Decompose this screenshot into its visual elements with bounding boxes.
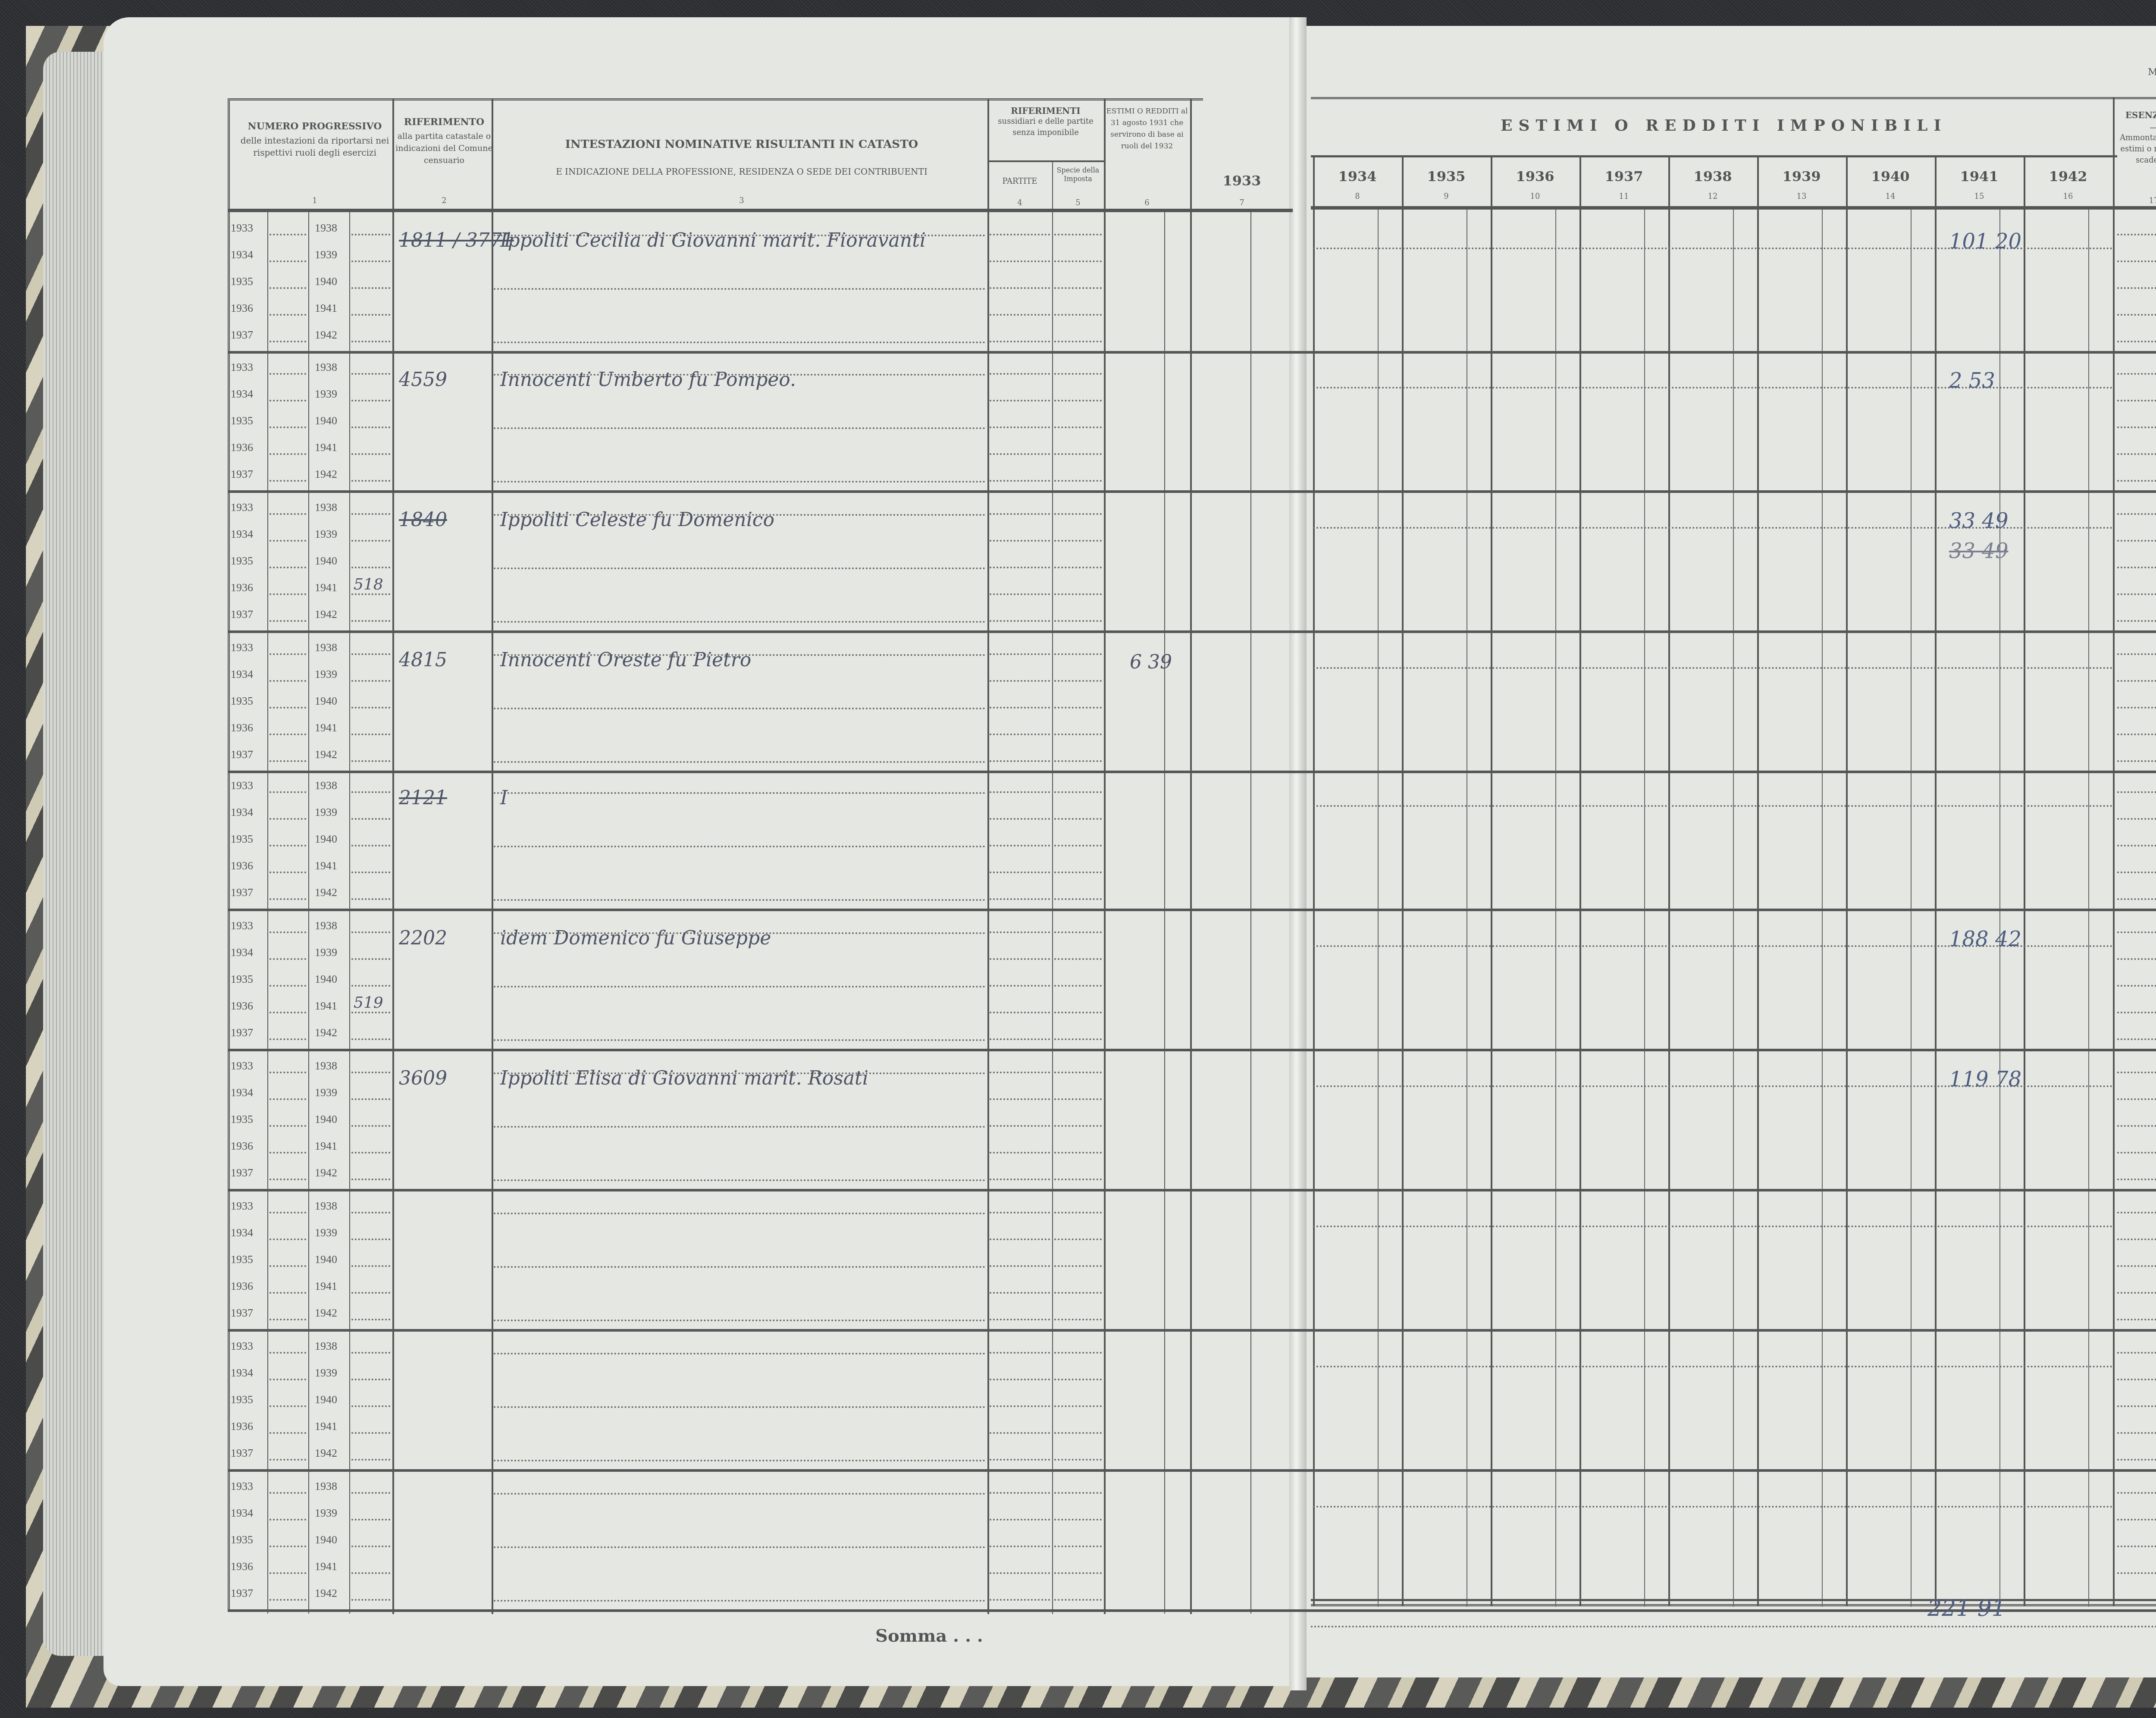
year-label: 1934 [231,1086,253,1099]
dotted-entry-line [1054,426,1102,428]
year-label: 1938 [315,1060,337,1072]
cents-col-border [2088,210,2089,1607]
year-label: 1939 [315,1226,337,1239]
dotted-entry-line [269,513,306,515]
dotted-entry-line [351,734,390,735]
dotted-entry-line [990,1492,1050,1494]
dotted-entry-line [351,931,390,933]
year-label: 1934 [231,1367,253,1379]
somma-label: Somma . . . [875,1626,983,1646]
entry-divider [228,630,2156,633]
dotted-entry-line [351,760,390,762]
dotted-entry-line [351,1432,390,1434]
dotted-entry-line [990,791,1050,793]
dotted-entry-line [1054,958,1102,960]
partita-number: 2121 [399,787,447,809]
partita-number: 3609 [399,1067,447,1089]
name-dotted-line [494,1266,985,1268]
dotted-entry-line [269,1072,306,1073]
dotted-entry-line [990,1265,1050,1267]
dotted-entry-line [269,400,306,401]
year-col-number: 15 [1935,192,2024,201]
year-label: 1939 [315,1367,337,1379]
dotted-entry-line [2117,985,2156,987]
year-label: 1941 [315,1280,337,1293]
form-code: Mod. 111 - Imposte Dirette (Intercalare)… [2147,67,2156,78]
dotted-entry-line [1054,260,1102,262]
dotted-entry-line [1054,1319,1102,1320]
dotted-entry-line [269,593,306,595]
col45-title: RIFERIMENTI [987,106,1104,116]
dotted-entry-line [1054,872,1102,873]
dotted-entry-line [269,567,306,568]
dotted-entry-line [2117,567,2156,568]
dotted-entry-line [990,1012,1050,1013]
dotted-entry-line [990,426,1050,428]
somma-dotted-rule [1311,1626,2156,1627]
estimi-dotted-line [1313,1506,2113,1508]
dotted-entry-line [990,287,1050,289]
taxpayer-name: idem Domenico fu Giuseppe [500,927,771,949]
year-label: 1940 [315,1253,337,1266]
year-col-number: 13 [1757,192,1846,201]
partita-number: 1811 / 3771 [399,229,514,251]
year-label: 1935 [231,1393,253,1406]
year-label: 1935 [231,555,253,567]
dotted-entry-line [990,373,1050,375]
year-label: 1936 [231,581,253,594]
dotted-entry-line [990,1038,1050,1040]
year-label: 1942 [315,468,337,481]
year-label: 1941 [315,859,337,872]
dotted-entry-line [269,260,306,262]
dotted-entry-line [269,985,306,987]
year-header-1942: 1942 [2024,168,2112,185]
estimo-1941-value: 101 20 [1949,229,2021,254]
dotted-entry-line [2117,958,2156,960]
year-col-number: 11 [1579,192,1668,201]
dotted-entry-line [2117,707,2156,709]
dotted-entry-line [2117,453,2156,455]
col3-sub: E INDICAZIONE DELLA PROFESSIONE, RESIDEN… [496,166,987,177]
dotted-entry-line [269,1212,306,1213]
dotted-entry-line [269,1238,306,1240]
year-label: 1941 [315,1560,337,1573]
year-col-border [2024,157,2025,1606]
year-label: 1933 [231,1480,253,1493]
dotted-entry-line [2117,480,2156,482]
year-label: 1933 [231,1060,253,1072]
name-dotted-line [494,846,985,847]
dotted-entry-line [2117,1152,2156,1154]
year-label: 1942 [315,1447,337,1460]
dotted-entry-line [351,567,390,568]
dotted-entry-line [990,1546,1050,1547]
dotted-entry-line [351,1292,390,1294]
dotted-entry-line [2117,872,2156,873]
dotted-entry-line [2117,400,2156,401]
dotted-entry-line [1054,620,1102,622]
side-reference: 518 [354,576,383,593]
dotted-entry-line [351,653,390,655]
dotted-entry-line [990,680,1050,682]
year-label: 1933 [231,1340,253,1353]
year-label: 1934 [231,248,253,261]
year-label: 1942 [315,1587,337,1600]
col3-title: INTESTAZIONI NOMINATIVE RISULTANTI IN CA… [496,138,987,151]
name-dotted-line [494,1493,985,1495]
col2-number: 2 [395,196,494,205]
year-col-border [1846,157,1848,1606]
right-header-rule [1311,206,2156,210]
year-col-number: 14 [1846,192,1935,201]
dotted-entry-line [1054,373,1102,375]
entry-divider [228,1469,2156,1472]
dotted-entry-line [351,1012,390,1013]
year-col-border [1668,157,1670,1606]
dotted-entry-line [2117,513,2156,515]
dotted-entry-line [351,791,390,793]
year-label: 1941 [315,302,337,315]
dotted-entry-line [1054,1098,1102,1100]
dotted-entry-line [269,1012,306,1013]
dotted-entry-line [1054,707,1102,709]
dotted-entry-line [2117,845,2156,846]
dotted-entry-line [269,373,306,375]
entry-divider [228,1329,2156,1332]
estimi-subrule [1311,155,2117,157]
estimo-1941-value: 119 78 [1949,1067,2021,1091]
name-dotted-line [494,1126,985,1128]
dotted-entry-line [269,1038,306,1040]
entry-divider [228,1609,2156,1612]
dotted-entry-line [990,453,1050,455]
year-label: 1935 [231,1253,253,1266]
year-label: 1937 [231,1587,253,1600]
name-dotted-line [494,342,985,343]
dotted-entry-line [2117,1459,2156,1461]
dotted-entry-line [351,1352,390,1354]
taxpayer-name: Ippoliti Celeste fu Domenico [500,509,774,531]
dotted-entry-line [990,1319,1050,1320]
dotted-entry-line [1054,1265,1102,1267]
year-header-1936: 1936 [1491,168,1579,185]
dotted-entry-line [269,1432,306,1434]
dotted-entry-line [269,760,306,762]
entry-divider [228,351,2156,354]
dotted-entry-line [990,931,1050,933]
dotted-entry-line [351,1072,390,1073]
name-dotted-line [494,1213,985,1214]
left-header-rule [228,209,1293,212]
dotted-entry-line [351,958,390,960]
dotted-entry-line [269,818,306,820]
dotted-entry-line [351,1238,390,1240]
estimi-dotted-line [1313,805,2113,807]
partita-number: 1840 [399,509,447,531]
year-col-border [1402,157,1404,1606]
dotted-entry-line [1054,898,1102,900]
dotted-entry-line [269,872,306,873]
estimo-1941-value: 188 42 [1949,927,2021,951]
dotted-entry-line [269,1292,306,1294]
dotted-entry-line [1054,653,1102,655]
year-label: 1939 [315,806,337,819]
somma-top-rule [1311,1599,2156,1601]
dotted-entry-line [1054,1492,1102,1494]
dotted-entry-line [2117,1072,2156,1073]
dotted-entry-line [1054,314,1102,316]
name-dotted-line [494,427,985,429]
dotted-entry-line [351,845,390,846]
dotted-entry-line [2117,760,2156,762]
dotted-entry-line [990,1292,1050,1294]
dotted-entry-line [2117,1379,2156,1380]
dotted-entry-line [990,1432,1050,1434]
col7-number: 7 [1199,198,1285,207]
year-col-number: 9 [1402,192,1491,201]
year-label: 1937 [231,1447,253,1460]
dotted-entry-line [1054,1238,1102,1240]
dotted-entry-line [351,1098,390,1100]
year-label: 1940 [315,555,337,567]
dotted-entry-line [351,1546,390,1547]
entry-divider [228,909,2156,911]
dotted-entry-line [269,707,306,709]
dotted-entry-line [990,1405,1050,1407]
dotted-entry-line [2117,1572,2156,1574]
dotted-entry-line [1054,287,1102,289]
dotted-entry-line [269,1265,306,1267]
year-label: 1933 [231,641,253,654]
dotted-entry-line [351,540,390,542]
dotted-entry-line [269,426,306,428]
dotted-entry-line [990,620,1050,622]
col45-header: RIFERIMENTI sussidiari e delle partite s… [987,106,1104,138]
year-col-border [1491,157,1492,1606]
dotted-entry-line [2117,620,2156,622]
year-label: 1939 [315,1086,337,1099]
dotted-entry-line [990,234,1050,235]
year-label: 1940 [315,695,337,708]
year-label: 1934 [231,528,253,541]
year-label: 1940 [315,414,337,427]
dotted-entry-line [1054,1038,1102,1040]
name-dotted-line [494,567,985,569]
dotted-entry-line [2117,898,2156,900]
dotted-entry-line [1054,513,1102,515]
estimo-1941-value: 33 49 [1949,509,2008,533]
year-label: 1941 [315,581,337,594]
year-label: 1940 [315,1393,337,1406]
dotted-entry-line [990,593,1050,595]
year-label: 1942 [315,748,337,761]
dotted-entry-line [269,1379,306,1380]
dotted-entry-line [351,898,390,900]
entry-divider [228,1049,2156,1051]
year-label: 1935 [231,695,253,708]
year-label: 1938 [315,1340,337,1353]
dotted-entry-line [990,1072,1050,1073]
year-label: 1942 [315,608,337,621]
entry-divider [228,490,2156,493]
year-label: 1935 [231,275,253,288]
cents-col-border [1822,210,1823,1607]
dotted-entry-line [1054,734,1102,735]
dotted-entry-line [269,1405,306,1407]
year-label: 1937 [231,886,253,899]
col4-title: PARTITE [987,177,1052,186]
dotted-entry-line [269,1572,306,1574]
dotted-entry-line [1054,1292,1102,1294]
year-label: 1937 [231,1026,253,1039]
year-col-border [1579,157,1581,1606]
taxpayer-name: Ippoliti Cecilia di Giovanni marit. Fior… [500,229,926,251]
dotted-entry-line [2117,1098,2156,1100]
year-label: 1935 [231,414,253,427]
dotted-entry-line [990,1238,1050,1240]
name-dotted-line [494,1600,985,1602]
year-col-border [1313,157,1315,1606]
dotted-entry-line [351,707,390,709]
dotted-entry-line [2117,734,2156,735]
year-label: 1938 [315,779,337,792]
esenzioni-left-border [2113,97,2115,1606]
dotted-entry-line [351,1319,390,1320]
dotted-entry-line [1054,1546,1102,1547]
dotted-entry-line [269,453,306,455]
dotted-entry-line [269,931,306,933]
dotted-entry-line [351,373,390,375]
year-label: 1936 [231,1140,253,1153]
dotted-entry-line [351,1125,390,1127]
year-label: 1936 [231,1000,253,1013]
cents-col-border [1733,210,1734,1607]
entry-divider [228,771,2156,773]
year-header-1937: 1937 [1579,168,1668,185]
dotted-entry-line [269,680,306,682]
dotted-entry-line [2117,1519,2156,1520]
dotted-entry-line [269,1519,306,1520]
year-label: 1934 [231,806,253,819]
dotted-entry-line [351,287,390,289]
dotted-entry-line [1054,1572,1102,1574]
dotted-entry-line [269,1179,306,1180]
name-dotted-line [494,899,985,901]
dotted-entry-line [269,1599,306,1601]
dotted-entry-line [2117,260,2156,262]
year-label: 1933 [231,361,253,374]
dotted-entry-line [2117,1038,2156,1040]
dotted-entry-line [2117,1352,2156,1354]
name-dotted-line [494,1460,985,1461]
dotted-entry-line [351,1599,390,1601]
year-label: 1937 [231,329,253,342]
dotted-entry-line [269,1492,306,1494]
name-dotted-line [494,481,985,483]
year-label: 1940 [315,1113,337,1126]
year-label: 1935 [231,1533,253,1546]
name-dotted-line [494,761,985,763]
dotted-entry-line [1054,760,1102,762]
col1-title: NUMERO PROGRESSIVO [231,121,399,132]
name-dotted-line [494,708,985,709]
dotted-entry-line [269,1125,306,1127]
dotted-entry-line [1054,1405,1102,1407]
dotted-entry-line [269,898,306,900]
year-label: 1937 [231,608,253,621]
dotted-entry-line [269,1459,306,1461]
year-label: 1942 [315,1307,337,1320]
dotted-entry-line [1054,1012,1102,1013]
year-label: 1938 [315,1200,337,1213]
dotted-entry-line [1054,341,1102,342]
year-label: 1934 [231,1226,253,1239]
year-label: 1939 [315,946,337,959]
dotted-entry-line [269,234,306,235]
year-label: 1935 [231,973,253,986]
col3-header: INTESTAZIONI NOMINATIVE RISULTANTI IN CA… [496,138,987,177]
dotted-entry-line [269,620,306,622]
dotted-entry-line [1054,791,1102,793]
dotted-entry-line [1054,680,1102,682]
col2-sub: alla partita catastale o indicazioni del… [395,130,494,166]
year-label: 1938 [315,919,337,932]
dotted-entry-line [2117,1012,2156,1013]
dotted-entry-line [351,620,390,622]
dotted-entry-line [1054,1179,1102,1180]
esenzioni-title: ESENZIONI [2115,110,2156,120]
dotted-entry-line [1054,567,1102,568]
dotted-entry-line [990,1212,1050,1213]
year-label: 1942 [315,886,337,899]
dotted-entry-line [351,260,390,262]
dotted-entry-line [2117,1212,2156,1213]
dotted-entry-line [2117,593,2156,595]
col2-header: RIFERIMENTO alla partita catastale o ind… [395,116,494,166]
esenzioni-header: ESENZIONI — Ammontare degli estimi o red… [2115,110,2156,166]
year-label: 1934 [231,388,253,401]
col7-year-header: 1933 [1199,172,1285,189]
year-label: 1936 [231,441,253,454]
name-dotted-line [494,1406,985,1408]
dotted-entry-line [2117,540,2156,542]
dotted-entry-line [990,898,1050,900]
year-col-number: 12 [1668,192,1757,201]
dotted-entry-line [990,341,1050,342]
dotted-entry-line [2117,287,2156,289]
name-dotted-line [494,792,985,794]
dotted-entry-line [2117,653,2156,655]
dotted-entry-line [2117,680,2156,682]
left-register-table [228,98,1203,1612]
dotted-entry-line [351,400,390,401]
year-header-1934: 1934 [1313,168,1402,185]
partita-number: 2202 [399,927,447,949]
dotted-entry-line [2117,373,2156,375]
dotted-entry-line [351,341,390,342]
dotted-entry-line [990,845,1050,846]
dotted-entry-line [990,818,1050,820]
dotted-entry-line [2117,314,2156,316]
dotted-entry-line [990,872,1050,873]
dotted-entry-line [351,680,390,682]
dotted-entry-line [1054,1432,1102,1434]
taxpayer-name: Innocenti Oreste fu Pietro [500,649,751,671]
dotted-entry-line [2117,1125,2156,1127]
dotted-entry-line [351,1492,390,1494]
year-label: 1934 [231,668,253,681]
